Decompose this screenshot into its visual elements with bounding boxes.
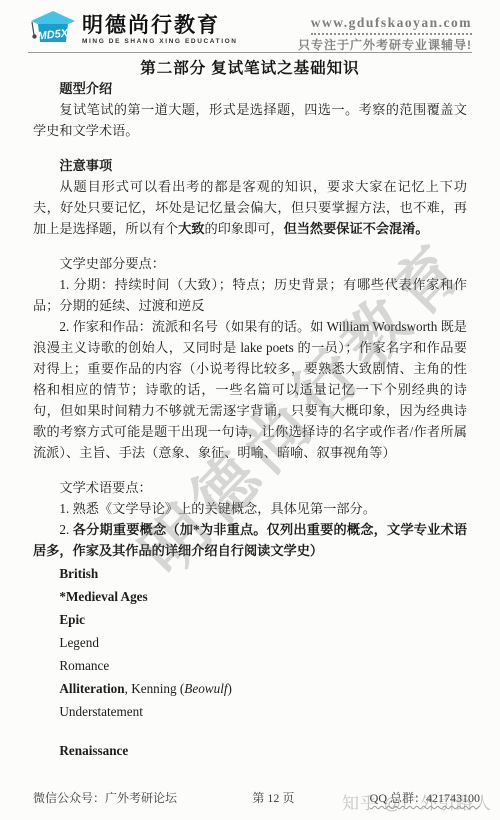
document-page: MD5X 明德尚行教育 MING DE SHANG XING EDUCATION… [0, 0, 500, 820]
paragraph-spacer [33, 724, 467, 738]
brand-logo: MD5X 明德尚行教育 MING DE SHANG XING EDUCATION [30, 10, 238, 50]
paragraph: 1. 熟悉《文学导论》上的关键概念，具体见第一部分。 [33, 498, 467, 519]
header-contact: www.gdufskaoyan.com 只专注于广外考研专业课辅导! [298, 10, 472, 53]
paragraph: Renaissance [33, 740, 467, 761]
footer-qq-group: QQ 总群：421743100 [370, 789, 480, 806]
paragraph: 2. 各分期重要概念（加*为非重点。仅列出重要的概念，文学专业术语居多，作家及其… [33, 519, 467, 561]
paragraph: British [33, 563, 467, 584]
page-footer: 微信公众号：广外考研论坛 第 12 页 QQ 总群：421743100 [33, 789, 480, 806]
paragraph: *Medieval Ages [33, 586, 467, 607]
brand-text: 明德尚行教育 MING DE SHANG XING EDUCATION [82, 15, 238, 46]
paragraph: 1. 分期：持续时间（大致）；特点；历史背景；有哪些代表作家和作品；分期的延续、… [33, 274, 467, 316]
paragraph: 复试笔试的第一道大题，形式是选择题，四选一。考察的范围覆盖文学史和文学术语。 [33, 99, 467, 141]
paragraph: 2. 作家和作品：流派和名号（如果有的话。如 William Wordswort… [33, 316, 467, 463]
paragraph-spacer [33, 239, 467, 253]
header-slogan: 只专注于广外考研专业课辅导! [298, 38, 472, 53]
paragraph: 从题目形式可以看出考的都是客观的知识，要求大家在记忆上下功夫，好处只要记忆，坏处… [33, 176, 467, 239]
paragraph: Understatement [33, 701, 467, 722]
paragraph: Legend [33, 632, 467, 653]
paragraph: 文学术语要点： [33, 477, 467, 498]
header-divider [28, 52, 472, 53]
brand-name-en: MING DE SHANG XING EDUCATION [82, 39, 238, 46]
paragraph: Romance [33, 655, 467, 676]
footer-wechat: 微信公众号：广外考研论坛 [33, 789, 177, 806]
paragraph: Epic [33, 609, 467, 630]
paragraph-spacer [33, 141, 467, 155]
brand-name-cn: 明德尚行教育 [82, 15, 238, 36]
paragraph: Alliteration, Kenning (Beowulf) [33, 678, 467, 699]
page-title: 第二部分 复试笔试之基础知识 [0, 56, 500, 78]
paragraph-spacer [33, 463, 467, 477]
paragraph: 文学史部分要点： [33, 253, 467, 274]
paragraph: 题型介绍 [33, 78, 467, 99]
website-link[interactable]: www.gdufskaoyan.com [311, 15, 472, 35]
page-header: MD5X 明德尚行教育 MING DE SHANG XING EDUCATION… [30, 10, 472, 53]
document-body: 题型介绍复试笔试的第一道大题，形式是选择题，四选一。考察的范围覆盖文学史和文学术… [33, 78, 467, 763]
footer-page-number: 第 12 页 [252, 789, 294, 806]
paragraph: 注意事项 [33, 155, 467, 176]
graduation-cap-icon: MD5X [30, 10, 76, 50]
